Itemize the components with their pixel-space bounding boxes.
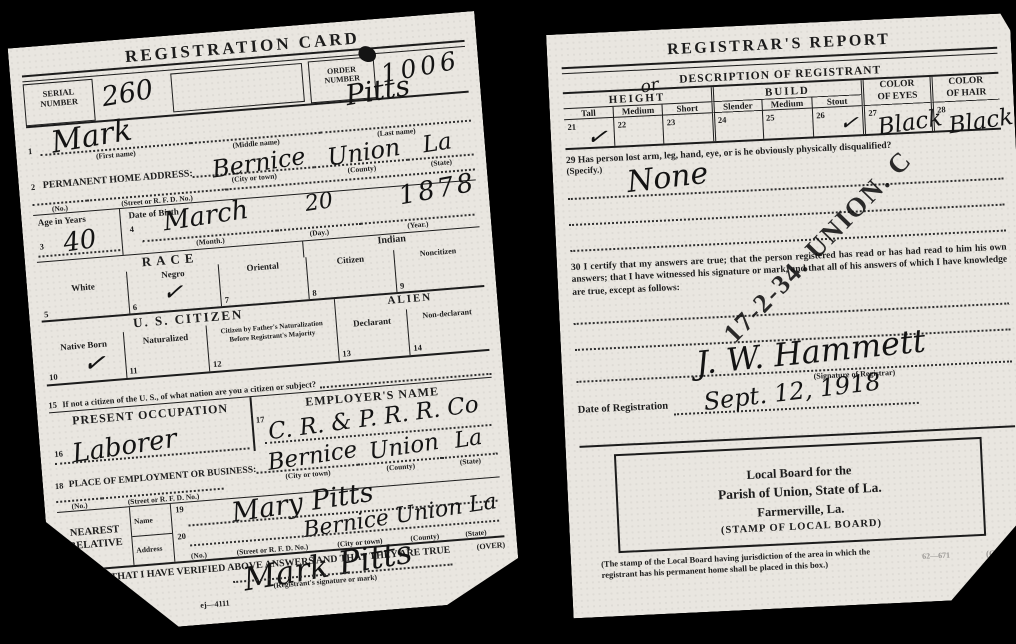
over-label: (OVER) (476, 540, 505, 551)
employment-state-handwriting: La (453, 427, 484, 453)
number-24: 24 (715, 111, 763, 125)
row29-section: 29 Has person lost arm, leg, hand, eye, … (566, 136, 1006, 252)
cell-23: 23 (662, 113, 712, 143)
race-negro-cell: Negro 6 ✓ (126, 264, 221, 313)
race-citizen-cell: Citizen 8 (306, 250, 397, 299)
employment-state-field: La (State) (441, 439, 499, 468)
relative-address-label: Address (132, 533, 174, 565)
native-born-cell: Native Born 10 ✓ (43, 332, 126, 384)
row15-number: 15 (48, 399, 63, 410)
row16-number: 16 (54, 448, 63, 459)
color-of-hair-header: COLOR OF HAIR (930, 74, 1000, 103)
cell-28: 28 Black (931, 100, 1001, 131)
row29-answer-handwriting: None (625, 159, 709, 198)
cell-27: 27 Black (862, 103, 932, 134)
last-name-handwriting: Pitts (344, 72, 412, 110)
dob-day-field: 20 (Day.) (277, 215, 362, 241)
cell-26: 26 ✓ (812, 106, 863, 136)
cell-25: 25 (762, 109, 813, 139)
declarant-label: Declarant (340, 315, 405, 330)
serial-value-handwriting: 260 (100, 76, 155, 111)
nondeclarant-cell: Non-declarant 14 (406, 303, 489, 355)
nondeclarant-label: Non-declarant (411, 306, 484, 321)
race-oriental-number: 7 (224, 295, 229, 305)
citizen-father-number: 12 (213, 358, 222, 369)
race-noncitizen-cell: Noncitizen 9 (393, 243, 484, 292)
race-white-cell: White 5 (38, 272, 129, 321)
declarant-number: 13 (342, 348, 351, 359)
race-white-number: 5 (44, 309, 49, 319)
tall-checkmark: ✓ (585, 123, 608, 149)
report-print-code: 62—671 (922, 551, 951, 566)
local-board-stamp-box: Local Board for the Parish of Union, Sta… (614, 437, 986, 553)
over-partial-label: (OV (986, 548, 1003, 563)
relative-name-label: Name (130, 504, 172, 537)
race-noncitizen-number: 9 (400, 280, 405, 290)
race-citizen-number: 8 (312, 288, 317, 298)
registrars-report-card: REGISTRAR'S REPORT DESCRIPTION OF REGIST… (546, 13, 1016, 618)
relative-field-labels: Name Address (130, 504, 176, 565)
row18-number: 18 (55, 480, 70, 499)
blank-name-box (170, 63, 305, 112)
print-code: ej—4111 (200, 599, 231, 625)
native-born-number: 10 (49, 372, 58, 383)
nearest-relative-label: NEAREST RELATIVE (57, 507, 134, 571)
row4-number: 4 (129, 224, 134, 234)
cell-21: 21 ✓ (564, 118, 614, 148)
row20-number: 20 (177, 531, 186, 542)
race-negro-checkmark: ✓ (162, 279, 183, 304)
race-negro-number: 6 (132, 302, 137, 312)
native-born-checkmark: ✓ (82, 350, 106, 378)
pmgo-line2: m No. 1 (Red) (66, 616, 132, 635)
naturalized-cell: Naturalized 11 (122, 325, 209, 378)
nondeclarant-number: 14 (413, 342, 422, 353)
age-box: Age in Years 3 40 (33, 209, 123, 262)
home-state-handwriting: La (421, 130, 453, 157)
row3-number: 3 (39, 241, 44, 251)
race-oriental-cell: Oriental 7 (218, 257, 309, 306)
naturalized-number: 11 (129, 365, 138, 376)
race-white-label: White (42, 279, 124, 296)
pmgo-block: P. M. G. O. m No. 1 (Red) (65, 602, 132, 635)
home-state-field: La (State) (407, 140, 474, 170)
dob-day-handwriting: 20 (304, 190, 335, 216)
stout-checkmark: ✓ (838, 112, 859, 136)
cell-24: 24 (712, 111, 763, 141)
naturalized-label: Naturalized (127, 331, 204, 347)
citizen-father-cell: Citizen by Father's Naturalization Befor… (206, 315, 339, 371)
cell-22: 22 (613, 116, 663, 146)
registration-card: REGISTRATION CARD SERIAL NUMBER 260 ORDE… (8, 11, 522, 637)
eyes-header-text: COLOR OF EYES (872, 78, 923, 103)
declarant-cell: Declarant 13 (335, 309, 410, 361)
number-23: 23 (663, 113, 712, 127)
color-of-eyes-header: COLOR OF EYES (861, 77, 931, 106)
scanned-document-page: { "colors":{"background":"#000000","pape… (0, 0, 1016, 644)
relative-state-label: (State) (465, 526, 502, 538)
row17-number: 17 (256, 414, 265, 425)
serial-value-area: 260 (92, 73, 173, 121)
number-25: 25 (763, 109, 813, 123)
stray-or-handwriting: or (639, 77, 660, 97)
hair-header-text: COLOR OF HAIR (941, 75, 992, 100)
pmgo-line1: P. M. G. O. (65, 602, 131, 621)
row19-number: 19 (175, 504, 184, 515)
number-22: 22 (614, 116, 663, 130)
